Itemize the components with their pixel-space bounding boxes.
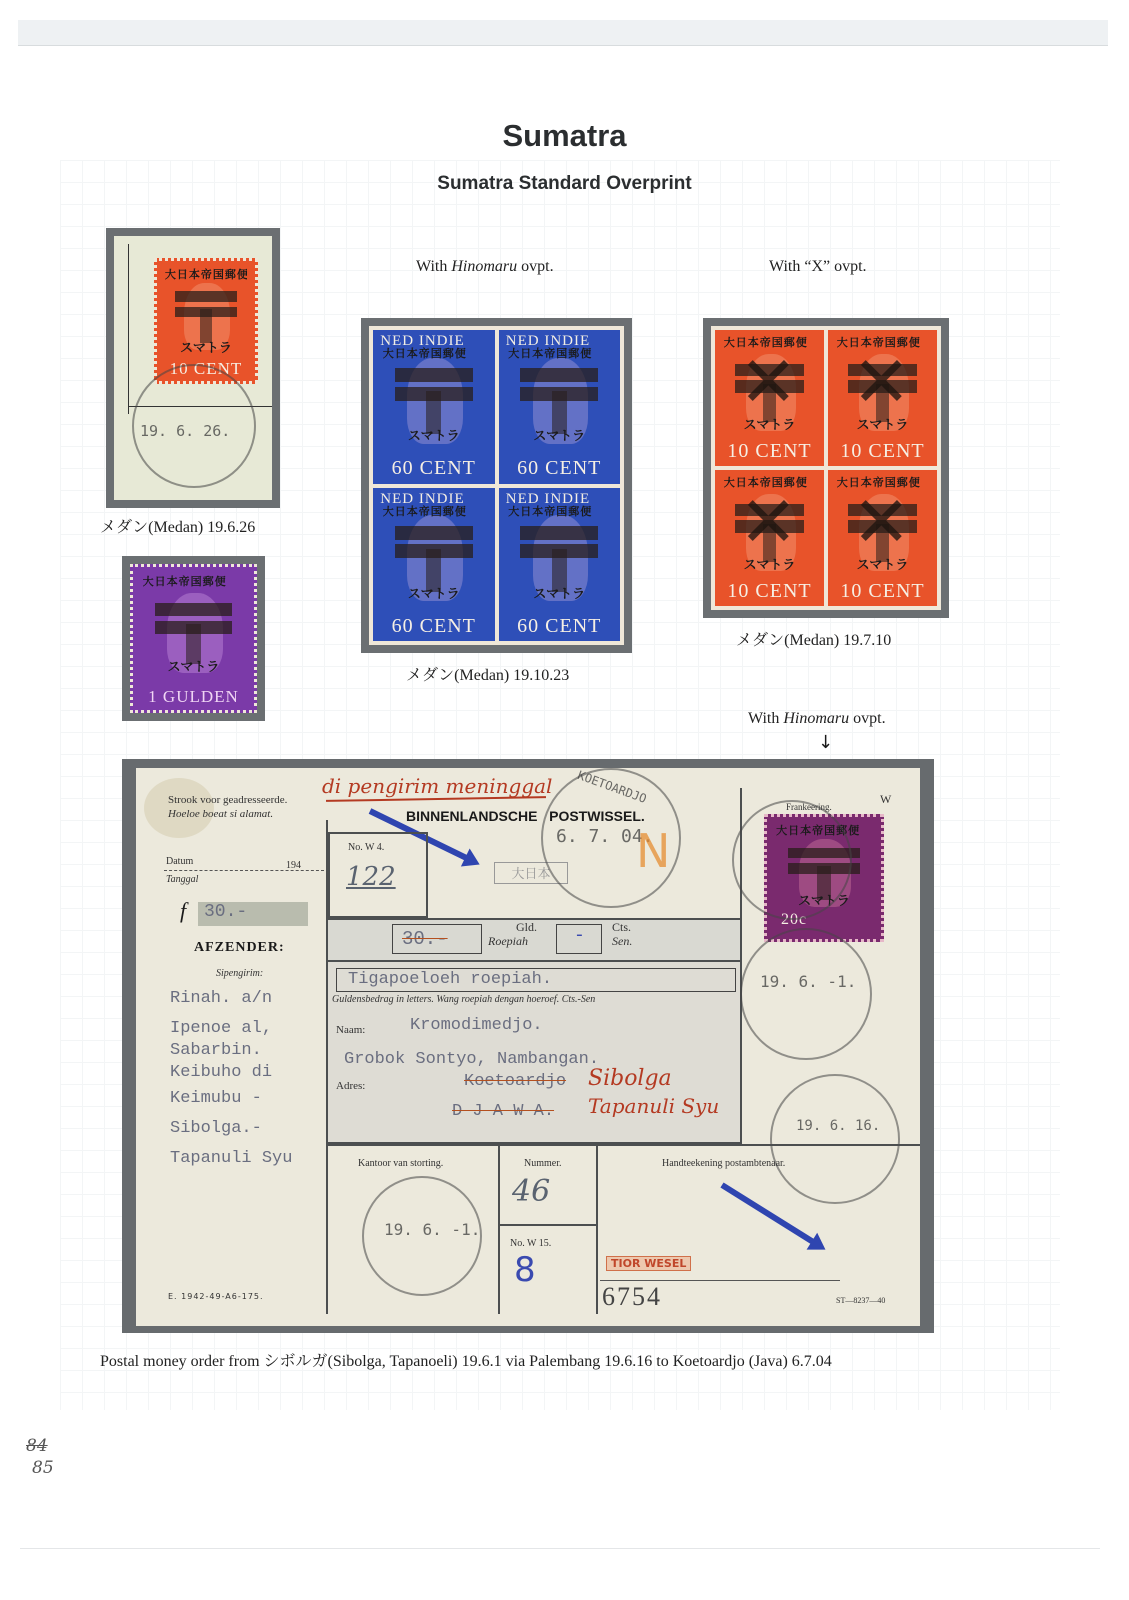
page-bottom-edge	[20, 1548, 1100, 1549]
postmark-sibolga-date: 19. 6. -1.	[760, 972, 856, 991]
nummer-label: Nummer.	[524, 1158, 562, 1169]
block-stamp: 大日本帝国郵便✕スマトラ10 CENT	[715, 470, 824, 606]
amount-words-label: Guldensbedrag in letters. Wang roepiah d…	[332, 994, 595, 1005]
block-stamp: 大日本帝国郵便✕スマトラ10 CENT	[715, 330, 824, 466]
page-number-struck: 84	[26, 1436, 48, 1456]
strook-label-malay: Hoeloe boeat si alamat.	[168, 808, 273, 820]
sender-address: Rinah. a/nIpenoe al,Sabarbin.Keibuho diK…	[170, 984, 292, 1174]
sender-line: Sibolga.-	[170, 1114, 292, 1144]
cts-value: -	[574, 926, 585, 946]
pointer-label-hinomaru: With Hinomaru ovpt.	[748, 710, 886, 728]
page-title: Sumatra	[0, 118, 1129, 154]
no-w15-label: No. W 15.	[510, 1238, 551, 1249]
x-overprint-icon: ✕	[739, 341, 798, 423]
stamp-mount-x-block: 大日本帝国郵便✕スマトラ10 CENT大日本帝国郵便✕スマトラ10 CENT大日…	[703, 318, 949, 618]
x-overprint-icon: ✕	[852, 341, 911, 423]
nummer-value: 46	[512, 1174, 550, 1209]
gld-value: 30.-	[402, 928, 448, 950]
sender-line: Keibuho di	[170, 1062, 292, 1084]
block-stamp: 大日本帝国郵便✕スマトラ10 CENT	[828, 470, 937, 606]
sender-line: Rinah. a/n	[170, 984, 292, 1014]
sender-line: Keimubu -	[170, 1084, 292, 1114]
stamp-mount-medan-piece: 大日本帝国郵便 スマトラ 10 CENT 19. 6. 26.	[106, 228, 280, 508]
redirect-sibolga: Sibolga	[588, 1066, 672, 1091]
postmark-palembang-date: 19. 6. 16.	[796, 1118, 880, 1134]
caption-medan-19-6-26: メダン(Medan) 19.6.26	[100, 514, 255, 537]
money-order-caption: Postal money order from シボルガ(Sibolga, Ta…	[100, 1348, 832, 1371]
handteekening-label: Handteekening postambtenaar.	[662, 1158, 785, 1169]
red-box-stamp: TIOR WESEL	[606, 1256, 691, 1271]
sender-line: Sabarbin.	[170, 1040, 292, 1062]
datum-year: 194	[286, 860, 301, 871]
amount-prefix: f	[180, 898, 186, 924]
amount-in-words: Tigapoeloeh roepiah.	[348, 970, 552, 989]
heading-hinomaru-ovpt: With Hinomaru ovpt.	[416, 258, 554, 276]
no-w15-value: 8	[514, 1250, 536, 1290]
block-stamp: NED INDIE大日本帝国郵便スマトラ60 CENT	[373, 330, 495, 484]
cover-piece: 大日本帝国郵便 スマトラ 10 CENT 19. 6. 26.	[114, 236, 272, 500]
tanggal-label: Tanggal	[166, 874, 198, 885]
datum-label: Datum	[166, 856, 193, 867]
x-overprint-icon: ✕	[739, 481, 798, 563]
kantoor-label: Kantoor van storting.	[358, 1158, 443, 1169]
caption-medan-19-7-10: メダン(Medan) 19.7.10	[736, 627, 891, 650]
caption-medan-19-10-23: メダン(Medan) 19.10.23	[406, 662, 569, 685]
block-of-four-60-cent: NED INDIE大日本帝国郵便スマトラ60 CENTNED INDIE大日本帝…	[369, 326, 624, 645]
postal-money-order: Strook voor geadresseerde. Hoeloe boeat …	[136, 768, 920, 1326]
x-overprint-icon: ✕	[852, 481, 911, 563]
scan-edge-strip	[18, 20, 1108, 46]
stamp-1-gulden: 大日本帝国郵便 スマトラ 1 GULDEN	[130, 564, 257, 713]
page-number: 85	[32, 1458, 54, 1478]
form-code: E. 1942-49-A6-175.	[168, 1292, 264, 1301]
redirect-tapanuli: Tapanuli Syu	[588, 1094, 719, 1118]
heading-x-ovpt: With “X” ovpt.	[769, 258, 867, 276]
sipengirim-label: Sipengirim:	[216, 968, 263, 979]
block-stamp: NED INDIE大日本帝国郵便スマトラ60 CENT	[499, 330, 621, 484]
postmark-palembang	[770, 1074, 900, 1204]
page-subtitle: Sumatra Standard Overprint	[0, 173, 1129, 195]
sender-line: Ipenoe al,	[170, 1018, 292, 1040]
print-code: ST—8237—40	[836, 1296, 885, 1305]
amount-field: 30.-	[198, 902, 308, 926]
stamp-mount-1-gulden: 大日本帝国郵便 スマトラ 1 GULDEN	[122, 556, 265, 721]
corner-letter: W	[880, 792, 891, 807]
payee-name: Kromodimedjo.	[410, 1016, 543, 1035]
block-stamp: 大日本帝国郵便✕スマトラ10 CENT	[828, 330, 937, 466]
block-of-four-10-cent: 大日本帝国郵便✕スマトラ10 CENT大日本帝国郵便✕スマトラ10 CENT大日…	[711, 326, 941, 610]
down-arrow-icon: ↓	[818, 732, 833, 753]
handwritten-note-top: di pengirim meninggal	[322, 774, 552, 798]
no-w4-value: 122	[346, 862, 396, 892]
payee-address-line1: Grobok Sontyo, Nambangan.	[344, 1050, 599, 1069]
sender-line: Tapanuli Syu	[170, 1144, 292, 1174]
payee-address-line2: Koetoardjo	[464, 1072, 566, 1091]
afzender-label: AFZENDER:	[194, 940, 285, 956]
postmark-sibolga-2	[740, 928, 872, 1060]
block-stamp: NED INDIE大日本帝国郵便スマトラ60 CENT	[499, 488, 621, 642]
payee-address-line3: D J A W A.	[452, 1102, 554, 1121]
postmark-sibolga-1	[732, 800, 852, 920]
block-stamp: NED INDIE大日本帝国郵便スマトラ60 CENT	[373, 488, 495, 642]
stamp-mount-hinomaru-block: NED INDIE大日本帝国郵便スマトラ60 CENTNED INDIE大日本帝…	[361, 318, 632, 653]
serial-number: 6754	[602, 1282, 662, 1312]
strook-label: Strook voor geadresseerde.	[168, 794, 287, 806]
